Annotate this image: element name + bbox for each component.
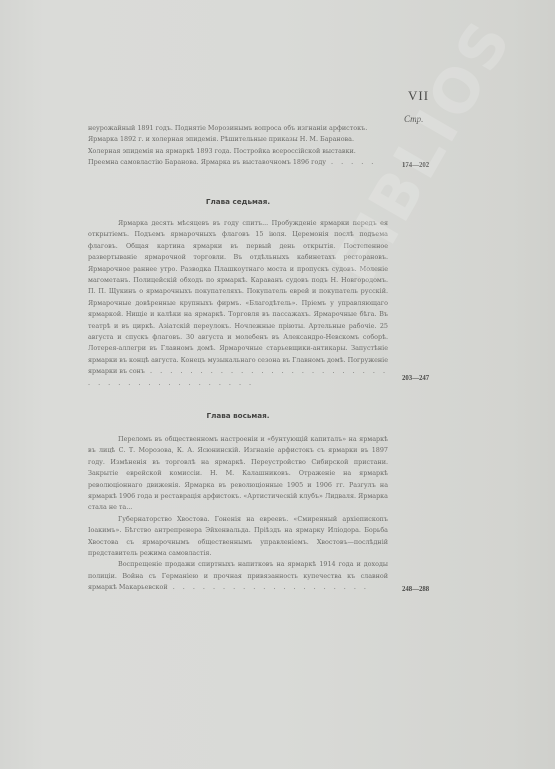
chapter7-text: Ярмарка десять мѣсяцевъ въ году спитъ...… (88, 218, 388, 389)
chapter8-summary: Переломъ въ общественномъ настроеніи и «… (88, 434, 388, 594)
chapter8-title: Глава восьмая. (88, 411, 388, 420)
pages-column-label: Стр. (404, 114, 423, 124)
toc-line-last: Преемна самовластію Баранова. Ярмарка въ… (88, 157, 388, 168)
chapter8-paragraph: Губернаторство Хвостова. Гоненія на евре… (88, 514, 388, 560)
chapter7-pages: 203—247 (402, 375, 429, 382)
chapter6-pages: 174—202 (402, 162, 429, 169)
toc-line: Ярмарка 1892 г. и холерная эпидемія. Рѣш… (88, 134, 388, 145)
chapter8-pages: 248—288 (402, 586, 429, 593)
chapter8-paragraph-last: Воспрещеніе продажи спиртныхъ напитковъ … (88, 559, 388, 593)
chapter7-summary: Ярмарка десять мѣсяцевъ въ году спитъ...… (88, 218, 388, 389)
chapter7-title: Глава седьмая. (88, 197, 388, 206)
book-page: VII Стр. неурожайный 1891 годъ. Поднятіе… (0, 0, 555, 769)
chapter8-paragraph: Переломъ въ общественномъ настроеніи и «… (88, 434, 388, 514)
toc-line: неурожайный 1891 годъ. Поднятіе Морозины… (88, 123, 388, 134)
toc-line: Холерная эпидемія на ярмаркѣ 1893 года. … (88, 146, 388, 157)
chapter6-tail: неурожайный 1891 годъ. Поднятіе Морозины… (88, 123, 388, 169)
page-number: VII (408, 88, 429, 104)
